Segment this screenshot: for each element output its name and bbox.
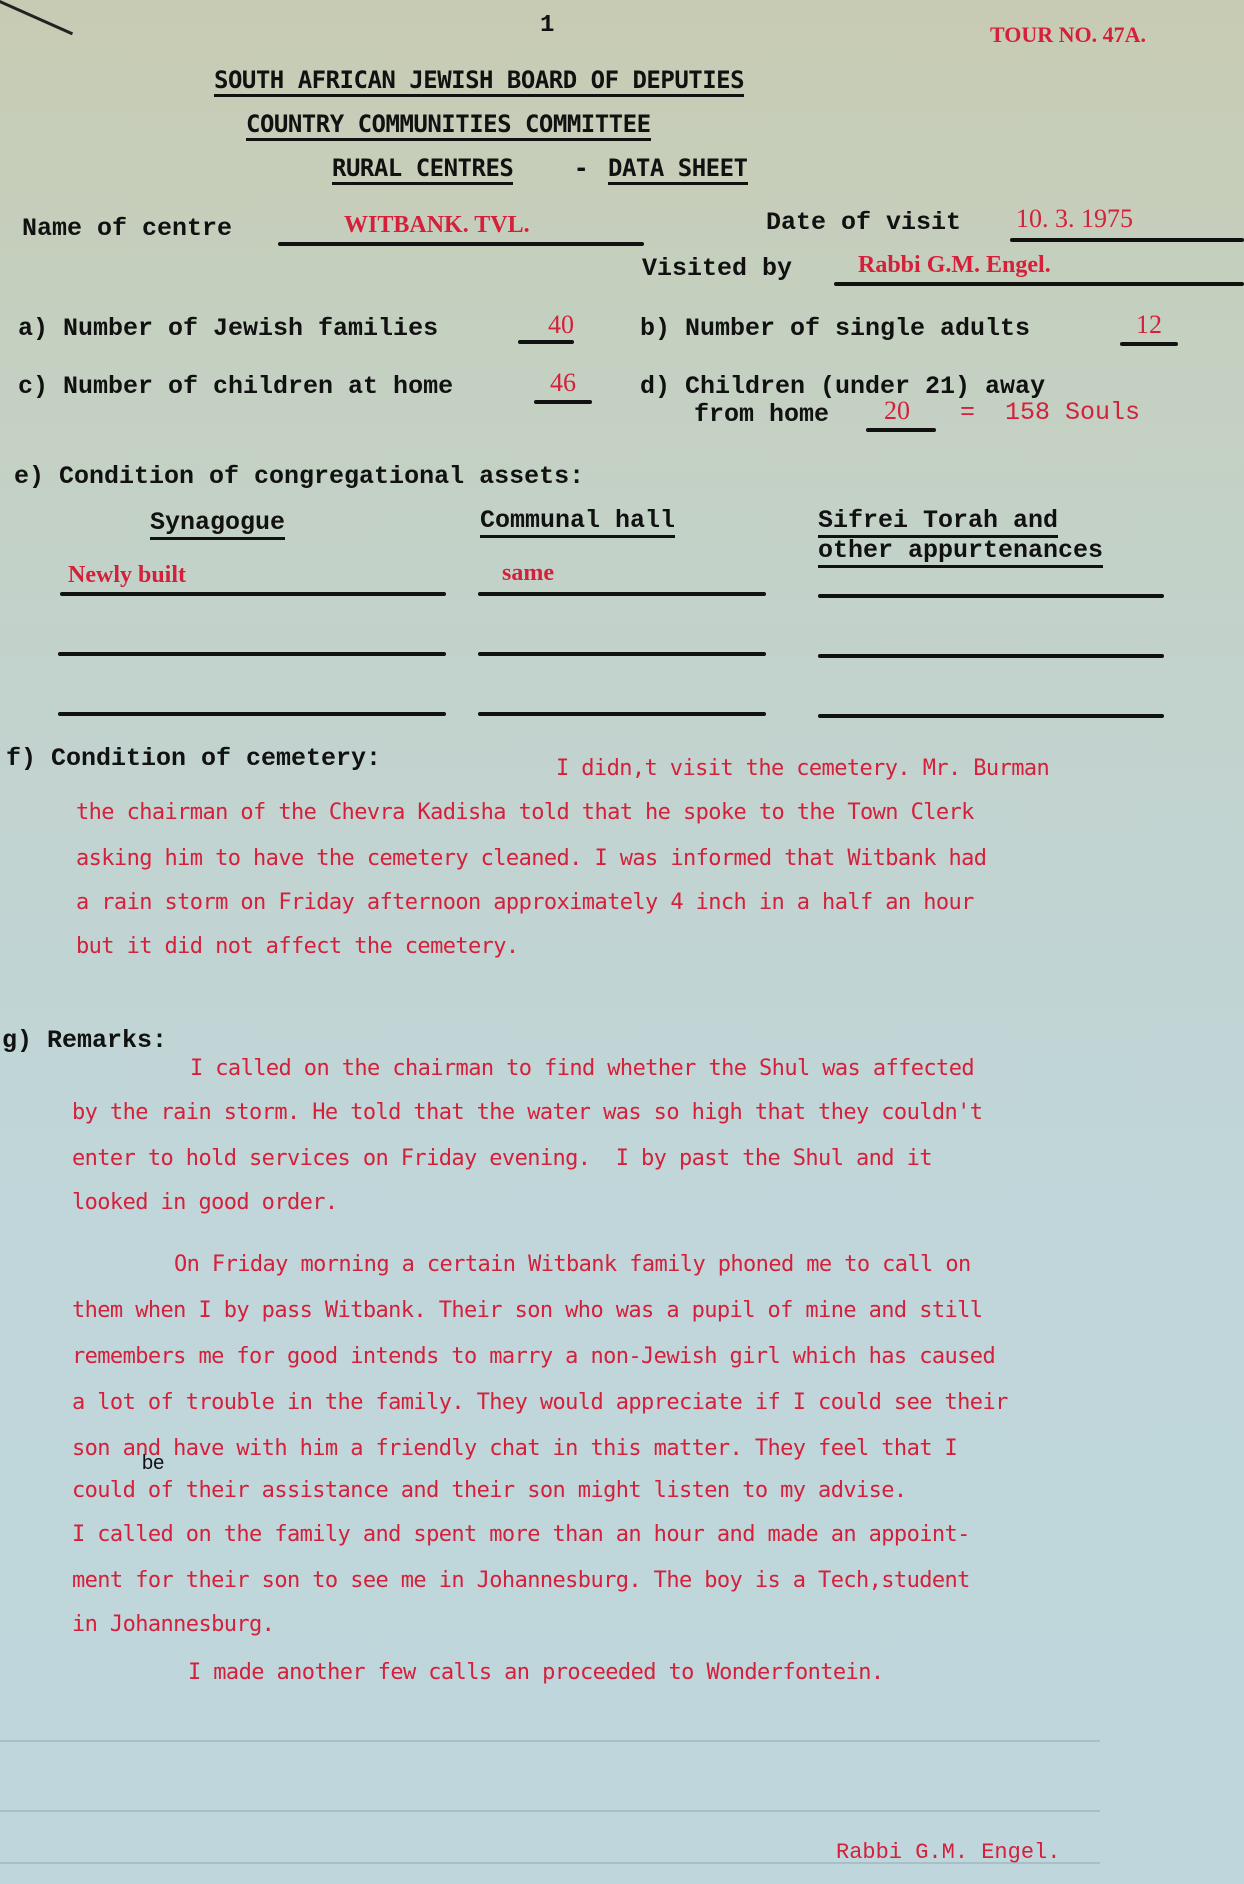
date-label: Date of visit [766,208,961,237]
remarks-line: I called on the family and spent more th… [72,1522,970,1547]
sheet-title-sep: - [574,154,588,182]
synagogue-value: Newly built [68,562,186,589]
synagogue-line-1 [60,592,446,596]
remarks-line: son and have with him a friendly chat in… [72,1436,957,1461]
singles-label: b) Number of single adults [640,314,1030,343]
torah-line-2 [818,654,1164,658]
sifrei-torah-header-1: Sifrei Torah and [818,506,1058,538]
hall-line-2 [478,652,766,656]
remarks-line: remembers me for good intends to marry a… [72,1344,995,1369]
singles-underline [1120,342,1178,346]
synagogue-header: Synagogue [150,508,285,540]
visited-value: Rabbi G.M. Engel. [858,252,1051,279]
cemetery-line: I didn,t visit the cemetery. Mr. Burman [556,756,1049,781]
assets-label: e) Condition of congregational assets: [14,462,584,491]
remarks-line: them when I by pass Witbank. Their son w… [72,1298,982,1323]
remarks-line: I made another few calls an proceeded to… [188,1660,883,1685]
families-label: a) Number of Jewish families [18,314,438,343]
rule-line [0,1810,1100,1812]
remarks-line: ment for their son to see me in Johannes… [72,1568,970,1593]
remarks-line: On Friday morning a certain Witbank fami… [174,1252,971,1277]
remarks-line: could of their assistance and their son … [72,1478,907,1503]
children-home-label: c) Number of children at home [18,372,453,401]
cemetery-line: asking him to have the cemetery cleaned.… [76,846,986,871]
remarks-line: by the rain storm. He told that the wate… [72,1100,982,1125]
synagogue-line-3 [58,712,446,716]
visited-underline [834,282,1244,286]
remarks-line: looked in good order. [72,1190,338,1215]
hall-line-1 [478,592,766,596]
children-away-label-1: d) Children (under 21) away [640,372,1045,401]
singles-value: 12 [1136,310,1162,340]
souls-total: = 158 Souls [960,398,1140,427]
communal-hall-header: Communal hall [480,506,675,538]
committee-title: COUNTRY COMMUNITIES COMMITTEE [246,110,651,141]
insertion-mark: be [142,1452,164,1475]
tour-number: TOUR NO. 47A. [990,22,1146,48]
cemetery-line: but it did not affect the cemetery. [76,934,519,959]
remarks-line: I called on the chairman to find whether… [190,1056,974,1081]
children-away-value: 20 [884,396,910,426]
torah-line-3 [818,714,1164,718]
page-number: 1 [540,12,554,39]
centre-label: Name of centre [22,214,232,243]
children-home-underline [534,400,592,404]
children-away-underline [866,428,936,432]
cemetery-line: the chairman of the Chevra Kadisha told … [76,800,974,825]
centre-value: WITBANK. TVL. [344,212,530,239]
children-home-value: 46 [550,368,576,398]
communal-hall-value: same [502,560,554,587]
sheet-title-right: DATA SHEET [608,154,748,185]
synagogue-line-2 [58,652,446,656]
families-underline [518,340,574,344]
org-title: SOUTH AFRICAN JEWISH BOARD OF DEPUTIES [214,66,744,97]
rule-line [0,1740,1100,1742]
signature: Rabbi G.M. Engel. [836,1840,1060,1865]
children-away-label-2: from home [694,400,829,429]
sifrei-torah-header-2: other appurtenances [818,536,1103,568]
date-underline [1010,238,1244,242]
remarks-line: in Johannesburg. [72,1612,274,1637]
remarks-line: a lot of trouble in the family. They wou… [72,1390,1008,1415]
remarks-label: g) Remarks: [2,1026,167,1055]
visited-label: Visited by [642,254,792,283]
centre-underline [278,242,644,246]
hall-line-3 [478,712,766,716]
pen-mark [0,0,73,35]
cemetery-line: a rain storm on Friday afternoon approxi… [76,890,974,915]
remarks-line: enter to hold services on Friday evening… [72,1146,932,1171]
sheet-title-left: RURAL CENTRES [332,154,513,185]
cemetery-label: f) Condition of cemetery: [6,744,381,773]
date-value: 10. 3. 1975 [1016,204,1133,234]
families-value: 40 [548,310,574,340]
torah-line-1 [818,594,1164,598]
